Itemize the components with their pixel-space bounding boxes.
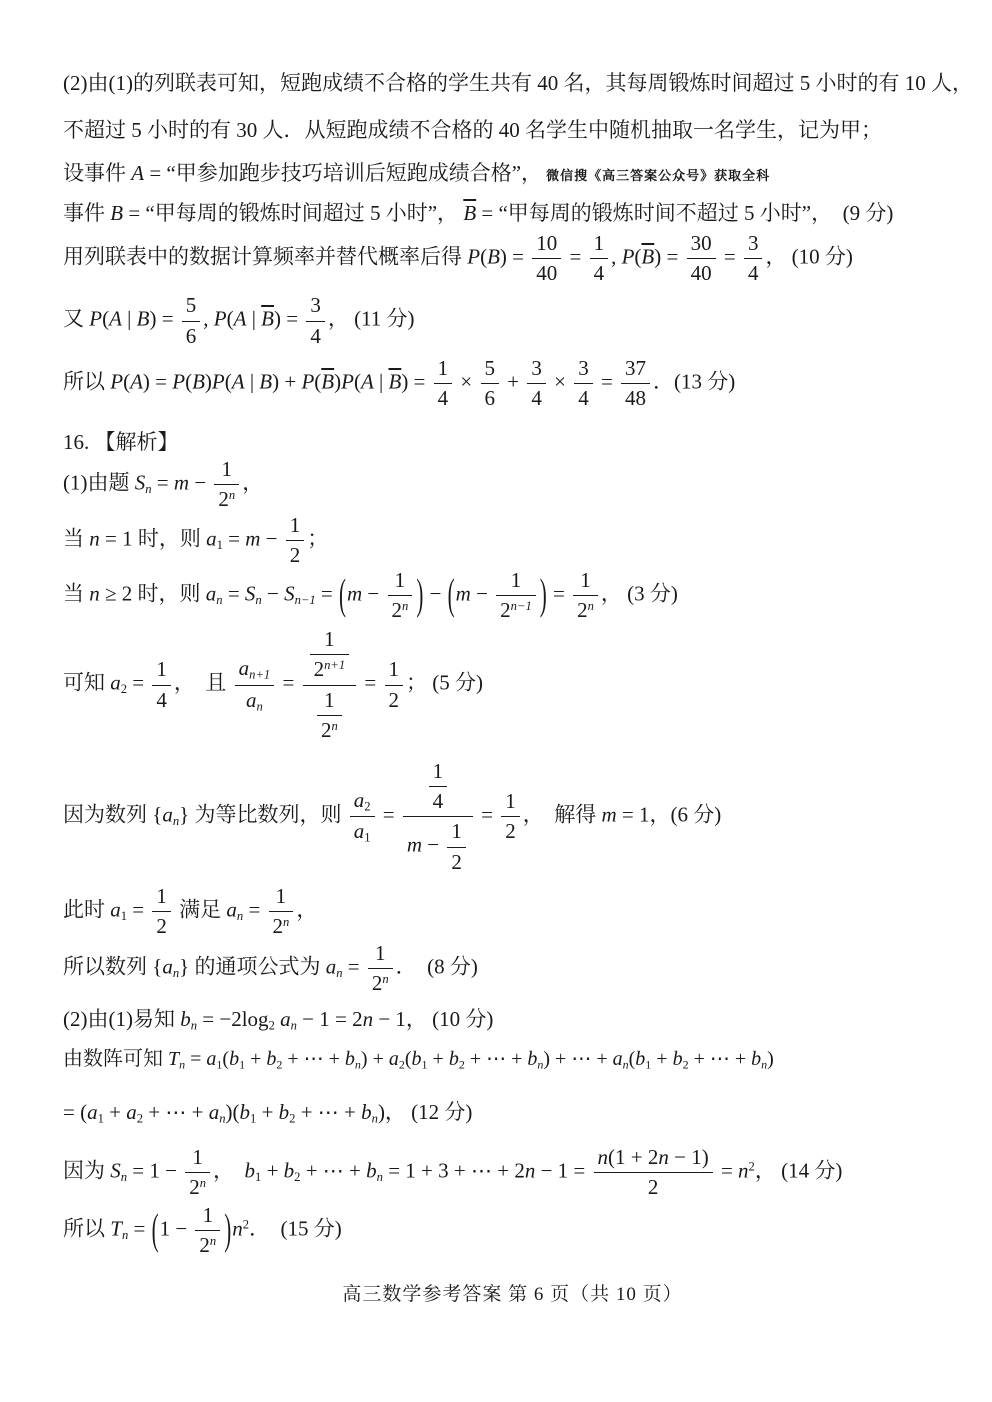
line-define-event-a: 设事件 A = “甲参加跑步技巧培训后短跑成绩合格”，微信搜《高三答案公众号》获… [63, 160, 962, 188]
numerator: 1 [388, 568, 413, 595]
text-run: 1 [594, 231, 605, 255]
text-run: (1 + 2 [608, 1145, 658, 1169]
overline-var: B [463, 201, 476, 225]
fraction: 3040 [687, 231, 716, 286]
math-var: P [110, 369, 123, 393]
math-var: a [246, 688, 257, 712]
fraction: 14 [590, 231, 609, 286]
superscript: n [588, 599, 594, 613]
big-paren: ) [415, 567, 424, 624]
math-var: P [172, 369, 185, 393]
text-run: 1 [156, 657, 167, 681]
text-run: 40 [536, 261, 557, 285]
math-var: A [130, 369, 143, 393]
fraction: 12n [185, 1145, 210, 1200]
text-run: 3 [310, 293, 321, 317]
math-var: a [354, 819, 365, 843]
text-run: + [261, 1158, 283, 1182]
text-run: ．(13 分) [653, 369, 735, 393]
line-sums: 因为 Sn = 1 − 12n， b1 + b2 + ⋯ + bn = 1 + … [63, 1145, 962, 1200]
text-run: 2 [290, 543, 301, 567]
math-var: S [245, 581, 256, 605]
text-run: (2)由(1)易知 [63, 1007, 180, 1031]
fraction: 12n [368, 941, 393, 996]
text-run: 2 [577, 598, 588, 622]
numerator: 1 [152, 884, 171, 911]
superscript: n [229, 488, 235, 502]
text-run: = [223, 581, 245, 605]
denominator: 4 [744, 258, 763, 286]
fraction: 3748 [621, 356, 650, 411]
math-var: S [110, 1158, 121, 1182]
text-run: 4 [310, 324, 321, 348]
text-run: 1 [389, 657, 400, 681]
math-var: A [109, 307, 122, 331]
text-run: ) = [654, 245, 683, 269]
math-var: a [389, 1048, 399, 1070]
fraction: 1040 [532, 231, 561, 286]
denominator: 12n [303, 685, 357, 743]
text-run: )( [226, 1100, 240, 1124]
text-run: 1 [433, 759, 444, 783]
text-run: 1 [395, 568, 406, 592]
denominator: 2 [447, 847, 466, 875]
numerator: 3 [744, 231, 763, 258]
text-run: ， (10 分) [765, 245, 853, 269]
math-var: a [326, 955, 337, 979]
denominator: 2n−1 [496, 595, 536, 623]
fraction: 56 [182, 293, 201, 348]
math-var: a [239, 656, 250, 680]
math-var: a [206, 526, 217, 550]
text-run: ) = [274, 307, 303, 331]
line-total-probability: 所以 P(A) = P(B)P(A | B) + P(B)P(A | B) = … [63, 356, 962, 411]
text-run: = ( [63, 1100, 87, 1124]
fraction: 34 [574, 356, 593, 411]
denominator: 2n+1 [310, 654, 350, 682]
text-run: × [455, 369, 477, 393]
text-run: ) [205, 369, 212, 393]
text-run: ) + [272, 369, 301, 393]
math-var: a [613, 1048, 623, 1070]
text-run: = [564, 245, 586, 269]
fraction: 12 [385, 657, 404, 712]
math-var: m [174, 471, 189, 495]
fraction: 34 [744, 231, 763, 286]
math-var: B [487, 245, 500, 269]
text-run: 所以数列 { [63, 955, 162, 979]
math-var: n [89, 526, 100, 550]
math-var: a [206, 581, 217, 605]
text-run: 可知 [63, 671, 110, 695]
text-run: ( [225, 369, 232, 393]
math-var: S [284, 581, 295, 605]
math-var: B [110, 201, 123, 225]
math-var: A [361, 369, 374, 393]
denominator: 2n [573, 595, 598, 623]
math-var: A [131, 161, 144, 185]
text-run: = [277, 671, 299, 695]
math-var: b [673, 1048, 683, 1070]
text-run: 1 [505, 789, 516, 813]
text-run: ， [242, 471, 263, 495]
line-case-n1: 当 n = 1 时，则 a1 = m − 12； [63, 513, 962, 568]
numerator: 1 [152, 657, 171, 684]
denominator: 2n [185, 1172, 210, 1200]
text-run: | [246, 307, 261, 331]
text-run: = [127, 671, 149, 695]
math-var: b [245, 1158, 256, 1182]
denominator: 40 [687, 258, 716, 286]
text-run: + [256, 1100, 278, 1124]
denominator: 2 [286, 540, 305, 568]
text-run: 此时 [63, 897, 110, 921]
text-run: 当 [63, 526, 89, 550]
fraction: 12n+112n [303, 627, 357, 743]
text-run: + [428, 1048, 449, 1070]
fraction: an+1an [235, 656, 275, 714]
text-run: = [548, 581, 570, 605]
text-run: 1 [324, 627, 335, 651]
denominator: 4 [527, 383, 546, 411]
fraction: 14 [152, 657, 171, 712]
fraction: 12n [195, 1203, 220, 1258]
text-run: 4 [156, 688, 167, 712]
numerator: 1 [429, 759, 448, 786]
math-var: b [180, 1007, 191, 1031]
superscript: n [382, 972, 388, 986]
text-run: ) = [500, 245, 529, 269]
text-run: ) + ⋯ + [543, 1048, 612, 1070]
numerator: 1 [496, 568, 536, 595]
text-run: | [374, 369, 389, 393]
text-run: 5 [485, 356, 496, 380]
math-var: B [137, 307, 150, 331]
text-run: = “甲每周的锻炼时间超过 5 小时”， [123, 201, 463, 225]
fraction: a2a1 [350, 788, 375, 846]
text-run: + ⋯ + [465, 1048, 528, 1070]
text-run: − 1 = 2 [297, 1007, 363, 1031]
subscript: n+1 [249, 668, 270, 682]
text-run: = [716, 1158, 738, 1182]
text-run: (2)由(1)的列联表可知，短跑成绩不合格的学生共有 40 名，其每周锻炼时间超… [63, 71, 973, 95]
denominator: 4 [574, 383, 593, 411]
overline-var: B [641, 245, 654, 269]
fraction: 12 [447, 819, 466, 874]
math-var: b [284, 1158, 295, 1182]
text-run: 因为数列 { [63, 803, 162, 827]
numerator: 1 [434, 356, 453, 383]
math-var: B [259, 369, 272, 393]
math-var: m [407, 833, 422, 857]
text-run: 4 [748, 261, 759, 285]
math-var: n [738, 1158, 749, 1182]
denominator: 2 [385, 685, 404, 713]
math-var: a [126, 1100, 137, 1124]
text-run: 10 [536, 231, 557, 255]
text-run: } 为等比数列，则 [179, 803, 347, 827]
fraction: 12 [501, 789, 520, 844]
numerator: 1 [269, 884, 294, 911]
text-run: 40 [691, 261, 712, 285]
math-var: a [162, 955, 173, 979]
numerator: 5 [481, 356, 500, 383]
text-run: + [502, 369, 524, 393]
denominator: 6 [481, 383, 500, 411]
text-run: 1 [438, 356, 449, 380]
line-tn-factored: = (a1 + a2 + ⋯ + an)(b1 + b2 + ⋯ + bn)， … [63, 1099, 962, 1127]
text-run: 2 [189, 1175, 200, 1199]
numerator: 14 [403, 759, 473, 816]
math-var: T [110, 1217, 122, 1241]
math-var: b [345, 1048, 355, 1070]
text-run: 1 [156, 884, 167, 908]
math-var: P [341, 369, 354, 393]
text-run: = [719, 245, 741, 269]
denominator: 2 [152, 911, 171, 939]
text-run: 3 [531, 356, 542, 380]
numerator: 1 [590, 231, 609, 258]
text-run: 1 [222, 457, 233, 481]
text-run: ) = [143, 369, 172, 393]
text-run: | [122, 307, 137, 331]
text-run: 30 [691, 231, 712, 255]
text-run: } 的通项公式为 [179, 955, 326, 979]
fraction: 14m − 12 [403, 759, 473, 875]
denominator: 2n [269, 911, 294, 939]
math-var: n [232, 1217, 243, 1241]
denominator: 48 [621, 383, 650, 411]
math-var: a [280, 1007, 291, 1031]
line-tn-expand: 由数阵可知 Tn = a1(b1 + b2 + ⋯ + bn) + a2(b1 … [63, 1046, 962, 1074]
text-run: − [189, 471, 211, 495]
text-run: − [422, 833, 444, 857]
text-run: + [245, 1048, 266, 1070]
line-case-n2: 当 n ≥ 2 时，则 an = Sn − Sn−1 = (m − 12n) −… [63, 568, 962, 623]
text-run: 2 [314, 657, 325, 681]
text-run: − [260, 526, 282, 550]
big-paren: ) [539, 567, 548, 624]
text-run: ． (8 分) [396, 955, 478, 979]
text-run: )， (12 分) [378, 1100, 472, 1124]
text-run: = 1 时，则 [100, 526, 206, 550]
text-run: ) = [149, 307, 178, 331]
text-run: ≥ 2 时，则 [100, 581, 206, 605]
text-run: − 1， (10 分) [373, 1007, 493, 1031]
text-run: 4 [438, 386, 449, 410]
line-tn-result: 所以 Tn = (1 − 12n)n2． (15 分) [63, 1203, 962, 1258]
text-run: 3 [748, 231, 759, 255]
text-run: = [316, 581, 338, 605]
text-run: + [104, 1100, 126, 1124]
fraction: 12n [388, 568, 413, 623]
denominator: m − 12 [403, 816, 473, 874]
denominator: 4 [434, 383, 453, 411]
text-run: + ⋯ + [143, 1100, 209, 1124]
text-run: (1)由题 [63, 471, 135, 495]
superscript: n [210, 1234, 216, 1248]
numerator: 10 [532, 231, 561, 258]
text-run: 设事件 [63, 161, 131, 185]
fraction: 12n [269, 884, 294, 939]
math-var: T [168, 1048, 179, 1070]
fraction: 56 [481, 356, 500, 411]
math-var: n [598, 1145, 609, 1169]
denominator: 2 [594, 1172, 713, 1200]
text-run: 6 [186, 324, 197, 348]
text-run: ) + [361, 1048, 389, 1070]
line-part2-intro-2: 不超过 5 小时的有 30 人．从短跑成绩不合格的 40 名学生中随机抽取一名学… [63, 117, 962, 145]
line-bn: (2)由(1)易知 bn = −2log2 an − 1 = 2n − 1， (… [63, 1006, 962, 1034]
text-run: 4 [578, 386, 589, 410]
line-ratio: 可知 a2 = 14， 且 an+1an = 12n+112n = 12； (5… [63, 627, 962, 743]
math-var: a [354, 788, 365, 812]
fraction: 12n+1 [310, 627, 350, 682]
text-run: ． (15 分) [249, 1217, 342, 1241]
text-run: 当 [63, 581, 89, 605]
math-var: b [635, 1048, 645, 1070]
big-paren: ) [223, 1202, 232, 1259]
text-run: 4 [433, 789, 444, 813]
text-run: ， 解得 [523, 803, 602, 827]
numerator: 1 [185, 1145, 210, 1172]
math-var: a [206, 1048, 216, 1070]
math-var: m [601, 803, 616, 827]
text-run: 1 [192, 1145, 203, 1169]
text-run: = [476, 803, 498, 827]
text-run: 1 [276, 884, 287, 908]
numerator: 1 [317, 688, 342, 715]
line-q16-header: 16. 【解析】 [63, 429, 962, 457]
watermark-text: 微信搜《高三答案公众号》获取全科 [546, 168, 770, 183]
text-run: , [611, 245, 622, 269]
fraction: 12n [317, 688, 342, 743]
numerator: 1 [286, 513, 305, 540]
text-run: 2 [648, 1175, 659, 1199]
text-run: ， [213, 1158, 245, 1182]
fraction: 12 [152, 884, 171, 939]
math-var: b [240, 1100, 251, 1124]
text-run: | [245, 369, 260, 393]
superscript: n [331, 719, 337, 733]
text-run: + ⋯ + [295, 1100, 361, 1124]
text-run: + ⋯ + [300, 1158, 366, 1182]
line-sn-given: (1)由题 Sn = m − 12n， [63, 457, 962, 512]
math-var: n [525, 1158, 536, 1182]
numerator: 3 [527, 356, 546, 383]
text-run: 2 [199, 1233, 210, 1257]
text-run: ， 且 [174, 671, 232, 695]
denominator: 2 [501, 816, 520, 844]
fraction: 14 [434, 356, 453, 411]
text-run: 由数阵可知 [63, 1048, 168, 1070]
numerator: 37 [621, 356, 650, 383]
line-part2-intro-1: (2)由(1)的列联表可知，短跑成绩不合格的学生共有 40 名，其每周锻炼时间超… [63, 70, 962, 98]
text-run: 16. 【解析】 [63, 430, 179, 454]
text-run: 1 [203, 1203, 214, 1227]
math-var: a [162, 803, 173, 827]
math-var: A [234, 307, 247, 331]
text-run: 2 [273, 914, 284, 938]
math-var: m [245, 526, 260, 550]
denominator: a1 [350, 816, 375, 846]
page-footer: 高三数学参考答案 第 6 页（共 10 页） [63, 1279, 962, 1306]
numerator: an+1 [235, 656, 275, 685]
text-run: 因为 [63, 1158, 110, 1182]
text-run: ) = [401, 369, 430, 393]
math-var: a [110, 897, 121, 921]
subscript: 2 [364, 799, 370, 813]
big-paren: ( [151, 1202, 160, 1259]
fraction: 14 [429, 759, 448, 814]
text-run: 1 [375, 941, 386, 965]
numerator: 1 [501, 789, 520, 816]
text-run: , [203, 307, 214, 331]
math-var: P [212, 369, 225, 393]
text-run: 所以 [63, 369, 110, 393]
answer-sheet-page: (2)由(1)的列联表可知，短跑成绩不合格的学生共有 40 名，其每周锻炼时间超… [0, 0, 992, 1402]
denominator: 4 [429, 786, 448, 814]
numerator: 1 [573, 568, 598, 595]
text-run: 2 [505, 819, 516, 843]
denominator: 40 [532, 258, 561, 286]
text-run: 5 [186, 293, 197, 317]
denominator: an [235, 685, 275, 715]
numerator: 1 [385, 657, 404, 684]
text-run: ， (11 分) [328, 307, 415, 331]
fraction: 12n [214, 457, 239, 512]
text-run: = “甲每周的锻炼时间不超过 5 小时”， (9 分) [476, 201, 893, 225]
text-run: 2 [218, 487, 229, 511]
math-var: P [622, 245, 635, 269]
text-run: = [596, 369, 618, 393]
text-run: 37 [625, 356, 646, 380]
text-run: 不超过 5 小时的有 30 人．从短跑成绩不合格的 40 名学生中随机抽取一名学… [63, 118, 882, 142]
math-var: B [192, 369, 205, 393]
text-run: 4 [594, 261, 605, 285]
superscript: n [402, 599, 408, 613]
math-var: P [301, 369, 314, 393]
denominator: 2n [214, 484, 239, 512]
text-run: 48 [625, 386, 646, 410]
text-run: ( [227, 307, 234, 331]
text-run: ， (3 分) [601, 581, 678, 605]
text-run: = [128, 1217, 150, 1241]
text-run: = [127, 897, 149, 921]
denominator: 2n [317, 715, 342, 743]
text-run: 2 [321, 718, 332, 742]
subscript: 1 [364, 831, 370, 845]
text-run: 2 [392, 598, 403, 622]
text-run: 事件 [63, 201, 110, 225]
text-run: + ⋯ + [689, 1048, 752, 1070]
denominator: 6 [182, 321, 201, 349]
numerator: a2 [350, 788, 375, 817]
math-var: P [89, 307, 102, 331]
text-run: 2 [500, 598, 511, 622]
fraction: 34 [527, 356, 546, 411]
math-var: b [449, 1048, 459, 1070]
text-run: − [471, 581, 493, 605]
text-run: 1 [451, 819, 462, 843]
line-prob-b: 用列联表中的数据计算频率并替代概率后得 P(B) = 1040 = 14, P(… [63, 231, 962, 286]
numerator: 1 [195, 1203, 220, 1230]
text-run: 2 [389, 688, 400, 712]
math-var: n [363, 1007, 374, 1031]
line-conditional-probs: 又 P(A | B) = 56, P(A | B) = 34， (11 分) [63, 293, 962, 348]
overline-var: B [388, 369, 401, 393]
numerator: 1 [214, 457, 239, 484]
